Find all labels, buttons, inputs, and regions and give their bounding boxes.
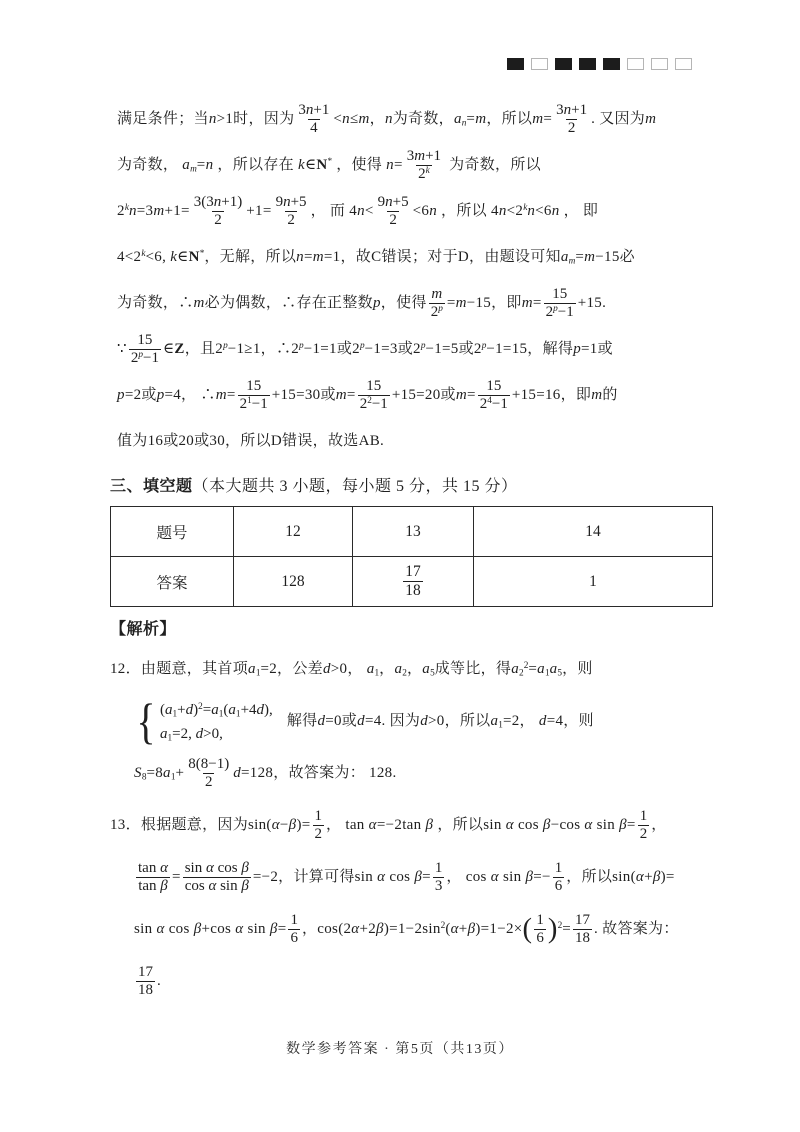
table-cell-q14: 14 xyxy=(474,507,713,557)
registration-marks xyxy=(507,58,692,70)
math-line: 为奇数， am=n ，所以存在 k∈N* ，使得 n=3m+12k 为奇数，所以 xyxy=(110,142,712,188)
table-cell-q12: 12 xyxy=(234,507,353,557)
analysis-label: 【解析】 xyxy=(110,617,712,643)
table-cell-q13: 13 xyxy=(353,507,474,557)
math-line: {(a1+d)2=a1(a1+4d),a1=2, d>0, 解得d=0或d=4.… xyxy=(110,695,712,747)
table-cell-label: 题号 xyxy=(111,507,234,557)
filled-mark-icon xyxy=(603,58,620,70)
solution-13: 13．根据题意，因为sin(α−β)=12， tan α=−2tan β ，所以… xyxy=(110,799,712,1007)
table-cell-label: 答案 xyxy=(111,557,234,607)
math-line: 12．由题意，其首项a1=2，公差d>0， a1，a2，a5成等比，得a22=a… xyxy=(110,643,712,695)
solution-12: 12．由题意，其首项a1=2，公差d>0， a1，a2，a5成等比，得a22=a… xyxy=(110,643,712,799)
section-subtitle: （本大题共 3 小题，每小题 5 分，共 15 分） xyxy=(193,478,518,495)
math-line: tan αtan β=sin α cos βcos α sin β=−2，计算可… xyxy=(110,851,712,903)
math-line: 满足条件；当n>1时，因为3n+14<n≤m，n为奇数，an=m，所以m=3n+… xyxy=(110,96,712,142)
empty-mark-icon xyxy=(531,58,548,70)
page-footer: 数学参考答案 · 第5页（共13页） xyxy=(0,1038,800,1058)
empty-mark-icon xyxy=(627,58,644,70)
math-line: S8=8a1+8(8−1)2d=128，故答案为： 128. xyxy=(110,747,712,799)
solution-11-continued: 满足条件；当n>1时，因为3n+14<n≤m，n为奇数，an=m，所以m=3n+… xyxy=(110,96,712,464)
section-title: 三、填空题 xyxy=(110,478,193,495)
math-line: 13．根据题意，因为sin(α−β)=12， tan α=−2tan β ，所以… xyxy=(110,799,712,851)
empty-mark-icon xyxy=(675,58,692,70)
math-line: ∵152p−1∈Z，且2p−1≥1，∴2p−1=1或2p−1=3或2p−1=5或… xyxy=(110,326,712,372)
table-row-answers: 答案 128 1718 1 xyxy=(111,557,713,607)
filled-mark-icon xyxy=(507,58,524,70)
math-line: p=2或p=4， ∴m=1521−1+15=30或m=1522−1+15=20或… xyxy=(110,372,712,418)
page-content: 满足条件；当n>1时，因为3n+14<n≤m，n为奇数，an=m，所以m=3n+… xyxy=(110,96,712,1007)
math-line: 4<2k<6, k∈N*，无解，所以n=m=1，故C错误；对于D，由题设可知am… xyxy=(110,234,712,280)
section-heading: 三、填空题（本大题共 3 小题，每小题 5 分，共 15 分） xyxy=(110,473,712,501)
filled-mark-icon xyxy=(579,58,596,70)
math-line: 为奇数，∴m必为偶数，∴存在正整数p，使得m2p=m−15，即m=152p−1+… xyxy=(110,280,712,326)
math-line: 值为16或20或30，所以D错误，故选AB. xyxy=(110,418,712,464)
table-cell-answer-13: 1718 xyxy=(353,557,474,607)
math-line: sin α cos β+cos α sin β=16，cos(2α+2β)=1−… xyxy=(110,903,712,955)
table-cell-answer-14: 1 xyxy=(474,557,713,607)
math-line: 1718. xyxy=(110,955,712,1007)
answers-table: 题号 12 13 14 答案 128 1718 1 xyxy=(110,506,713,607)
math-line: 2kn=3m+1=3(3n+1)2+1=9n+52， 而 4n<9n+52<6n… xyxy=(110,188,712,234)
empty-mark-icon xyxy=(651,58,668,70)
filled-mark-icon xyxy=(555,58,572,70)
table-row-question-numbers: 题号 12 13 14 xyxy=(111,507,713,557)
document-page: 满足条件；当n>1时，因为3n+14<n≤m，n为奇数，an=m，所以m=3n+… xyxy=(0,0,800,1132)
table-cell-answer-12: 128 xyxy=(234,557,353,607)
